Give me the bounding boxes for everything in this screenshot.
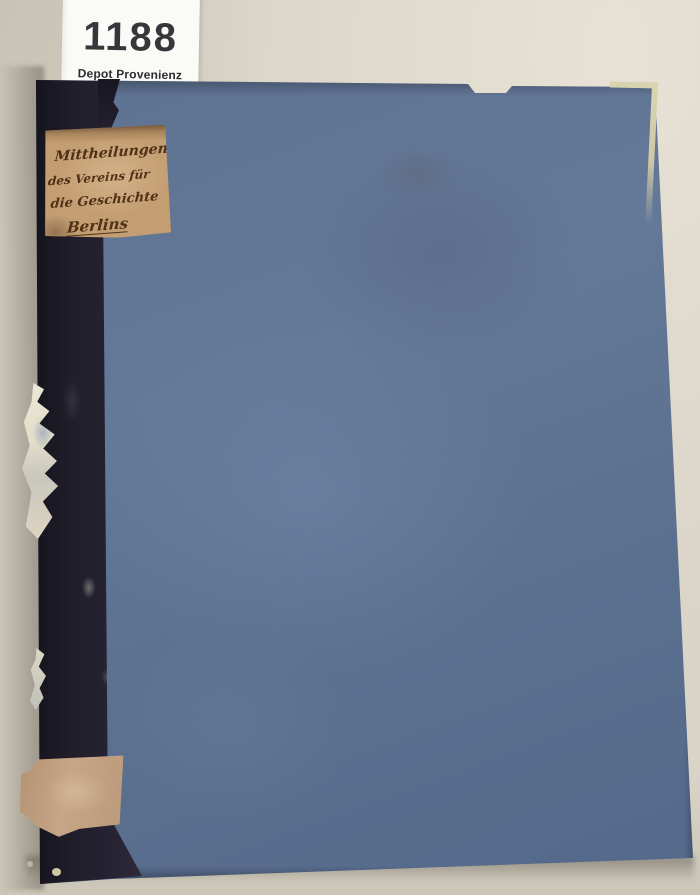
pages-edge-top [610, 81, 658, 88]
photo-scene: 1188 Depot Provenienz Mittheilungen des … [0, 0, 700, 895]
provenance-number: 1188 [62, 14, 200, 62]
provenance-caption: Depot Provenienz [61, 66, 198, 83]
spine-label-text: Mittheilungen des Vereins für die Geschi… [40, 121, 174, 241]
spine-label: Mittheilungen des Vereins für die Geschi… [43, 125, 171, 240]
spine-wear-speck [27, 861, 33, 867]
spine-wear-speck [52, 868, 61, 876]
